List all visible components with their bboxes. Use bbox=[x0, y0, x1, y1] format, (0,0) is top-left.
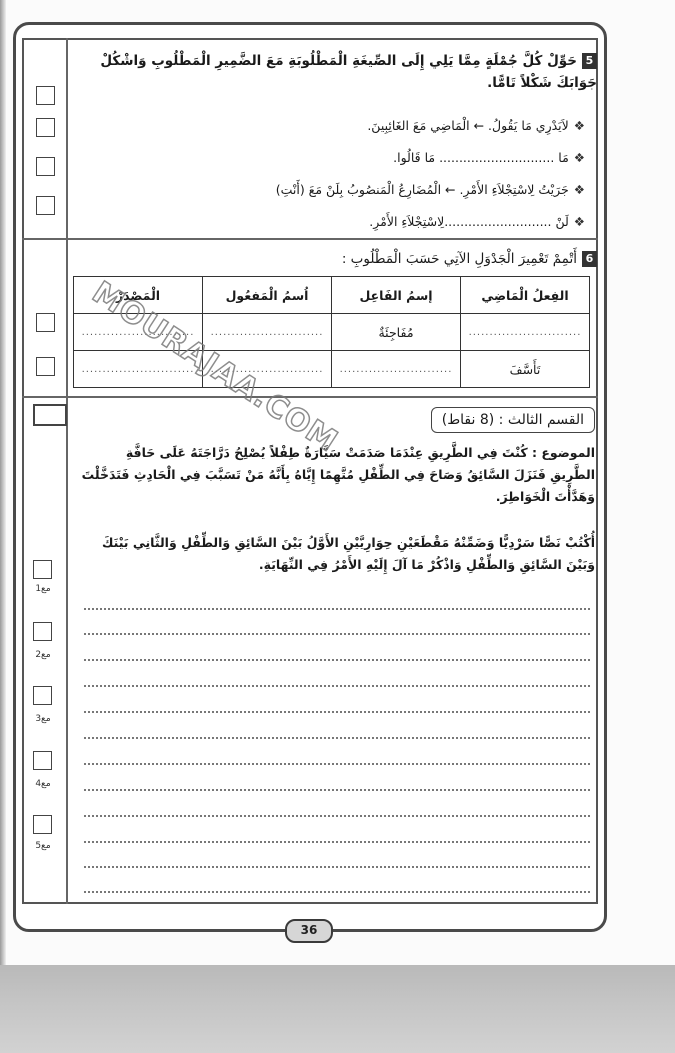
diamond-bullet-icon: ❖ bbox=[574, 182, 585, 197]
question-number-badge: 5 bbox=[582, 53, 597, 69]
score-checkbox-q6-2[interactable] bbox=[36, 357, 55, 376]
score-checkbox-q5-1[interactable] bbox=[36, 86, 55, 105]
section-divider bbox=[22, 396, 598, 398]
question-5-heading: 5حَوِّلْ كُلَّ جُمْلَةٍ مِمَّا يَلِي إِل… bbox=[77, 50, 597, 94]
criterion-checkbox-5[interactable] bbox=[33, 815, 52, 834]
score-checkbox-q5-3[interactable] bbox=[36, 157, 55, 176]
q5-item-3: ❖جَرَيْتُ لِاسْتِجْلاَءِ الأَمْرِ. ← الْ… bbox=[105, 180, 585, 200]
question-divider bbox=[22, 238, 598, 240]
table-cell-input[interactable]: ........................... bbox=[74, 351, 203, 388]
header-past-verb: الفِعلُ الْمَاضِي bbox=[461, 277, 590, 314]
margin-column-divider bbox=[66, 38, 68, 904]
criterion-checkbox-4[interactable] bbox=[33, 751, 52, 770]
diamond-bullet-icon: ❖ bbox=[574, 118, 585, 133]
answer-line[interactable] bbox=[84, 608, 590, 610]
criterion-label-4: مع4 bbox=[28, 779, 58, 789]
criterion-checkbox-1[interactable] bbox=[33, 560, 52, 579]
table-cell: تَأَسَّفَ bbox=[461, 351, 590, 388]
score-checkbox-q5-4[interactable] bbox=[36, 196, 55, 215]
answer-line[interactable] bbox=[84, 737, 590, 739]
answer-line[interactable] bbox=[84, 841, 590, 843]
criterion-label-2: مع2 bbox=[28, 650, 58, 660]
table-cell: مُفَاجِئَةٌ bbox=[332, 314, 461, 351]
table-cell-input[interactable]: ........................... bbox=[74, 314, 203, 351]
diamond-bullet-icon: ❖ bbox=[574, 214, 585, 229]
answer-line[interactable] bbox=[84, 763, 590, 765]
answer-line[interactable] bbox=[84, 685, 590, 687]
answer-line[interactable] bbox=[84, 866, 590, 868]
diamond-bullet-icon: ❖ bbox=[574, 150, 585, 165]
writing-task: أُكْتُبْ نَصًّا سَرْدِيًّا وَضَمِّنْهُ م… bbox=[80, 532, 595, 576]
answer-line[interactable] bbox=[84, 711, 590, 713]
criterion-label-5: مع5 bbox=[28, 841, 58, 851]
section-3-title: القسم الثالث : (8 نقاط) bbox=[431, 407, 595, 433]
criterion-checkbox-2[interactable] bbox=[33, 622, 52, 641]
table-cell-input[interactable]: ........................... bbox=[203, 351, 332, 388]
header-passive-participle: اُسمُ الْمَفعُول bbox=[203, 277, 332, 314]
answer-line[interactable] bbox=[84, 633, 590, 635]
writing-topic: الموضوع : كُنْتَ فِي الطَّرِيقِ عِنْدَمَ… bbox=[80, 442, 595, 508]
q5-item-4-answer[interactable]: ❖لَنْ ...........................لِاسْتِ… bbox=[105, 212, 585, 232]
criterion-label-1: مع1 bbox=[28, 584, 58, 594]
score-checkbox-q5-2[interactable] bbox=[36, 118, 55, 137]
section-score-box[interactable] bbox=[33, 404, 67, 426]
question-number-badge: 6 bbox=[582, 251, 597, 267]
question-6-instruction: أَتْمِمْ تَعْمِيرَ الْجَدْوَلِ الآتِي حَ… bbox=[342, 251, 577, 267]
header-active-participle: إسمُ الفَاعِل bbox=[332, 277, 461, 314]
q5-item-2-answer[interactable]: ❖مَا ............................. مَا ق… bbox=[105, 148, 585, 168]
table-row: ........................... مُفَاجِئَةٌ … bbox=[74, 314, 590, 351]
question-5-instruction: حَوِّلْ كُلَّ جُمْلَةٍ مِمَّا يَلِي إِلَ… bbox=[100, 53, 597, 91]
table-cell-input[interactable]: ........................... bbox=[461, 314, 590, 351]
scan-bottom-shadow bbox=[0, 965, 675, 1053]
score-checkbox-q6-1[interactable] bbox=[36, 313, 55, 332]
table-row: تَأَسَّفَ ........................... ..… bbox=[74, 351, 590, 388]
answer-line[interactable] bbox=[84, 891, 590, 893]
answer-line[interactable] bbox=[84, 789, 590, 791]
table-header-row: الفِعلُ الْمَاضِي إسمُ الفَاعِل اُسمُ ال… bbox=[74, 277, 590, 314]
page-left-edge-shadow bbox=[0, 0, 6, 965]
conjugation-table: الفِعلُ الْمَاضِي إسمُ الفَاعِل اُسمُ ال… bbox=[73, 276, 590, 388]
q5-item-1: ❖لاَيَدْرِي مَا يَقُولُ. ← الْمَاضِي مَع… bbox=[105, 116, 585, 136]
question-6-heading: 6أَتْمِمْ تَعْمِيرَ الْجَدْوَلِ الآتِي ح… bbox=[77, 248, 597, 270]
criterion-checkbox-3[interactable] bbox=[33, 686, 52, 705]
answer-line[interactable] bbox=[84, 815, 590, 817]
table-cell-input[interactable]: ........................... bbox=[332, 351, 461, 388]
table-cell-input[interactable]: ........................... bbox=[203, 314, 332, 351]
criterion-label-3: مع3 bbox=[28, 714, 58, 724]
header-verbal-noun: الْمَصْدَرْ bbox=[74, 277, 203, 314]
answer-line[interactable] bbox=[84, 659, 590, 661]
page-number: 36 bbox=[285, 919, 333, 943]
